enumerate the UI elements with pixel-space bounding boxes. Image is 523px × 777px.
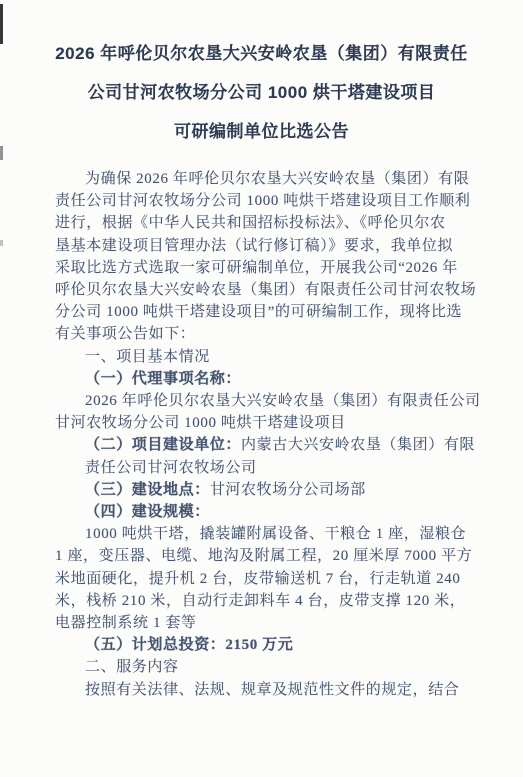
body-line: （二）项目建设单位：内蒙古大兴安岭农垦（集团）有限 [55, 434, 495, 456]
title-line-1: 2026 年呼伦贝尔农垦大兴安岭农垦（集团）有限责任 [0, 34, 523, 73]
body-line-text: 内蒙古大兴安岭农垦（集团）有限 [241, 437, 475, 453]
body-line-text: 米地面硬化，提升机 2 台，皮带输送机 7 台，行走轨道 240 [55, 571, 460, 587]
body-line: 米，栈桥 210 米，自动行走卸料车 4 台，皮带支撑 120 米， [55, 590, 495, 612]
body-line: （一）代理事项名称： [55, 368, 495, 390]
body-line-bold-label: （三）建设地点： [85, 482, 210, 498]
body-line: 2026 年呼伦贝尔农垦大兴安岭农垦（集团）有限责任公司 [55, 390, 495, 412]
body-line: 呼伦贝尔农垦大兴安岭农垦（集团）有限责任公司甘河农牧场 [55, 279, 495, 301]
body-line-bold-label: （一）代理事项名称： [85, 371, 241, 387]
body-line: （四）建设规模： [55, 501, 495, 523]
document-body: 为确保 2026 年呼伦贝尔农垦大兴安岭农垦（集团）有限责任公司甘河农牧场分公司… [0, 168, 523, 701]
body-line-text: 1000 吨烘干塔，撬装罐附属设备、干粮仓 1 座，湿粮仓 [85, 526, 466, 542]
body-line-text: 1 座，变压器、电缆、地沟及附属工程，20 厘米厚 7000 平方 [55, 548, 472, 564]
body-line: 责任公司甘河农牧场公司 [55, 457, 495, 479]
body-line-text: 米，栈桥 210 米，自动行走卸料车 4 台，皮带支撑 120 米， [55, 593, 465, 609]
body-line: 有关事项公告如下： [55, 323, 495, 345]
body-line: 分公司 1000 吨烘干塔建设项目”的可研编制工作，现将比选 [55, 301, 495, 323]
body-line-bold-label: （五）计划总投资：2150 万元 [85, 637, 293, 653]
document-title: 2026 年呼伦贝尔农垦大兴安岭农垦（集团）有限责任 公司甘河农牧场分公司 10… [0, 0, 523, 151]
body-line-text: 电器控制系统 1 套等 [55, 615, 197, 631]
body-line: 电器控制系统 1 套等 [55, 612, 495, 634]
document-page: 2026 年呼伦贝尔农垦大兴安岭农垦（集团）有限责任 公司甘河农牧场分公司 10… [0, 0, 523, 777]
scan-edge-artifact [0, 240, 3, 246]
body-line-text: 一、项目基本情况 [85, 349, 210, 365]
body-line-text: 进行，根据《中华人民共和国招标投标法》、《呼伦贝尔农 [55, 215, 446, 231]
body-line-text: 二、服务内容 [85, 659, 179, 675]
body-line-bold-label: （二）项目建设单位： [85, 437, 241, 453]
body-line: 米地面硬化，提升机 2 台，皮带输送机 7 台，行走轨道 240 [55, 568, 495, 590]
body-line: 二、服务内容 [55, 656, 495, 678]
body-line: 垦基本建设项目管理办法（试行修订稿）》要求，我单位拟 [55, 235, 495, 257]
body-line: 按照有关法律、法规、规章及规范性文件的规定，结合 [55, 679, 495, 701]
body-line-text: 按照有关法律、法规、规章及规范性文件的规定，结合 [85, 682, 459, 698]
title-line-3: 可研编制单位比选公告 [0, 112, 523, 151]
body-line: 为确保 2026 年呼伦贝尔农垦大兴安岭农垦（集团）有限 [55, 168, 495, 190]
scan-edge-artifact [0, 4, 3, 44]
body-line: （三）建设地点：甘河农牧场分公司场部 [55, 479, 495, 501]
body-line-text: 分公司 1000 吨烘干塔建设项目”的可研编制工作，现将比选 [55, 304, 462, 320]
body-line: 责任公司甘河农牧场分公司 1000 吨烘干塔建设项目工作顺利 [55, 190, 495, 212]
body-line-text: 甘河农牧场分公司 1000 吨烘干塔建设项目 [55, 415, 346, 431]
body-line-text: 责任公司甘河农牧场分公司 1000 吨烘干塔建设项目工作顺利 [55, 193, 471, 209]
body-line: 1000 吨烘干塔，撬装罐附属设备、干粮仓 1 座，湿粮仓 [55, 523, 495, 545]
body-line-text: 有关事项公告如下： [55, 326, 195, 342]
body-line-text: 采取比选方式选取一家可研编制单位，开展我公司“2026 年 [55, 260, 458, 276]
title-line-2: 公司甘河农牧场分公司 1000 烘干塔建设项目 [0, 73, 523, 112]
body-line-text: 责任公司甘河农牧场公司 [85, 460, 257, 476]
body-line-text: 甘河农牧场分公司场部 [210, 482, 366, 498]
scan-edge-artifact [0, 146, 3, 160]
body-line-text: 为确保 2026 年呼伦贝尔农垦大兴安岭农垦（集团）有限 [85, 171, 469, 187]
body-line-text: 呼伦贝尔农垦大兴安岭农垦（集团）有限责任公司甘河农牧场 [55, 282, 476, 298]
body-line: 一、项目基本情况 [55, 346, 495, 368]
body-line: 甘河农牧场分公司 1000 吨烘干塔建设项目 [55, 412, 495, 434]
body-line-bold-label: （四）建设规模： [85, 504, 210, 520]
body-line-text: 垦基本建设项目管理办法（试行修订稿）》要求，我单位拟 [55, 238, 453, 254]
body-line: （五）计划总投资：2150 万元 [55, 634, 495, 656]
body-line: 进行，根据《中华人民共和国招标投标法》、《呼伦贝尔农 [55, 212, 495, 234]
body-line: 1 座，变压器、电缆、地沟及附属工程，20 厘米厚 7000 平方 [55, 545, 495, 567]
body-line: 采取比选方式选取一家可研编制单位，开展我公司“2026 年 [55, 257, 495, 279]
body-line-text: 2026 年呼伦贝尔农垦大兴安岭农垦（集团）有限责任公司 [85, 393, 481, 409]
